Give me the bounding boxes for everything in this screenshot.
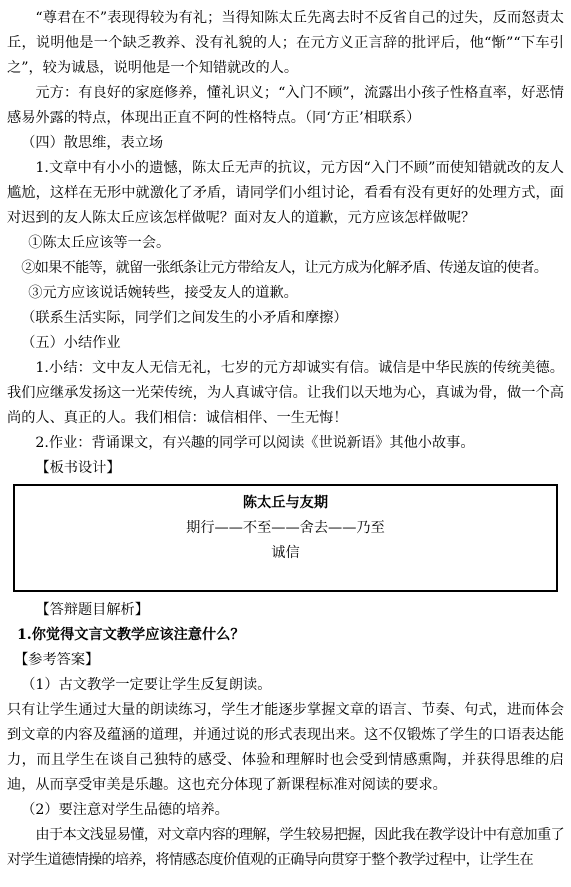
- heading-section-four: （四）散思维，表立场: [7, 131, 564, 156]
- board-flow-line: 期行——不至——舍去——乃至: [19, 516, 552, 541]
- para-yuanfang-character-analysis: 元方：有良好的家庭修养，懂礼识义；“入门不顾”，流露出小孩子性格直率，好恶情感易…: [7, 81, 564, 131]
- para-lesson-summary: 1.小结：文中友人无信无礼，七岁的元方却诚实有信。诚信是中华民族的传统美德。我们…: [7, 356, 564, 431]
- para-life-connection-note: （联系生活实际，同学们之间发生的小矛盾和摩擦）: [7, 306, 564, 331]
- document-page: “尊君在不”表现得较为有礼；当得知陈太丘先离去时不反省自己的过失，反而怒责太丘，…: [0, 0, 571, 887]
- heading-board-design: 【板书设计】: [7, 456, 564, 481]
- defense-question-title: 1.你觉得文言文教学应该注意什么？: [7, 623, 564, 648]
- board-theme: 诚信: [19, 541, 552, 566]
- para-answer-point-1-detail: 只有让学生通过大量的朗读练习，学生才能逐步掌握文章的语言、节奏、句式，进而体会到…: [7, 698, 564, 798]
- board-title: 陈太丘与友期: [19, 491, 552, 516]
- list-item-3: ③元方应该说话婉转些，接受友人的道歉。: [7, 281, 564, 306]
- para-friend-character-analysis: “尊君在不”表现得较为有礼；当得知陈太丘先离去时不反省自己的过失，反而怒责太丘，…: [7, 6, 564, 81]
- heading-defense-analysis: 【答辩题目解析】: [7, 598, 564, 623]
- para-answer-point-1: （1）古文教学一定要让学生反复朗读。: [7, 673, 564, 698]
- heading-section-five: （五）小结作业: [7, 331, 564, 356]
- para-answer-point-2-detail: 由于本文浅显易懂，对文章内容的理解，学生较易把握，因此我在教学设计中有意加重了对…: [7, 823, 564, 873]
- para-answer-point-2: （2）要注意对学生品德的培养。: [7, 798, 564, 823]
- para-homework: 2.作业：背诵课文，有兴趣的同学可以阅读《世说新语》其他小故事。: [7, 431, 564, 456]
- heading-reference-answer: 【参考答案】: [7, 648, 564, 673]
- list-item-2: ②如果不能等，就留一张纸条让元方带给友人，让元方成为化解矛盾、传递友谊的使者。: [7, 256, 564, 281]
- para-discussion-question: 1.文章中有小小的遗憾，陈太丘无声的抗议，元方因“入门不顾”而使知错就改的友人尴…: [7, 156, 564, 231]
- board-design-box: 陈太丘与友期 期行——不至——舍去——乃至 诚信: [13, 484, 558, 592]
- list-item-1: ①陈太丘应该等一会。: [7, 231, 564, 256]
